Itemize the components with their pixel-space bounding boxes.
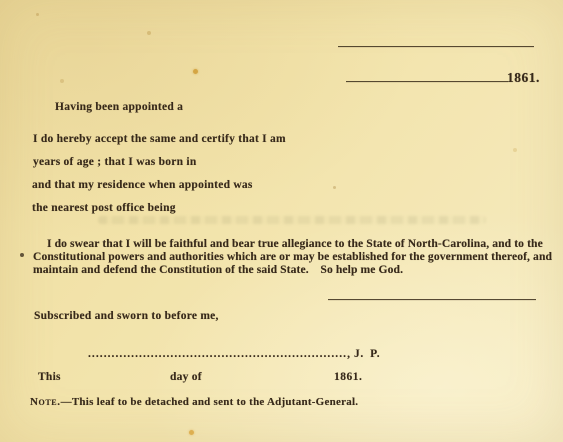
paper-speck — [60, 79, 64, 83]
jp-suffix: , J. P. — [347, 348, 380, 360]
jp-signature-line: ........................................… — [88, 348, 380, 360]
line-having-been-appointed: Having been appointed a — [55, 101, 183, 113]
ink-ghosting-band — [98, 216, 486, 224]
line-residence: and that my residence when appointed was — [32, 179, 253, 191]
paper-speck — [36, 13, 39, 16]
blank-line-date — [346, 81, 508, 82]
word-day-of: day of — [170, 371, 202, 383]
paper-speck — [193, 69, 198, 74]
paper-speck — [20, 253, 24, 257]
line-subscribed: Subscribed and sworn to before me, — [34, 310, 219, 322]
year-top: 1861. — [507, 70, 540, 86]
paper-speck — [513, 148, 517, 152]
paper-speck — [189, 430, 194, 435]
line-post-office: the nearest post office being — [32, 202, 176, 214]
blank-line-signature — [328, 299, 536, 300]
oath-line-2: Constitutional powers and authorities wh… — [33, 250, 542, 263]
word-this: This — [38, 371, 61, 383]
note-text: —This leaf to be detached and sent to th… — [61, 396, 359, 408]
paper-speck — [147, 31, 151, 35]
dotted-leader: ........................................… — [88, 348, 347, 360]
oath-line-1: I do swear that I will be faithful and b… — [33, 237, 542, 250]
blank-line-county — [338, 46, 534, 47]
oath-paragraph: I do swear that I will be faithful and b… — [33, 237, 542, 277]
scanned-oath-form-1861: 1861. Having been appointed a I do hereb… — [0, 0, 563, 442]
paper-speck — [447, 257, 450, 260]
oath-line-3: maintain and defend the Constitution of … — [33, 263, 542, 276]
note-label: Note. — [30, 396, 61, 408]
line-years-of-age: years of age ; that I was born in — [33, 156, 197, 168]
line-accept-certify: I do hereby accept the same and certify … — [33, 133, 286, 145]
footer-note: Note.—This leaf to be detached and sent … — [30, 396, 358, 408]
paper-speck — [333, 186, 336, 189]
year-bottom: 1861. — [334, 371, 362, 383]
